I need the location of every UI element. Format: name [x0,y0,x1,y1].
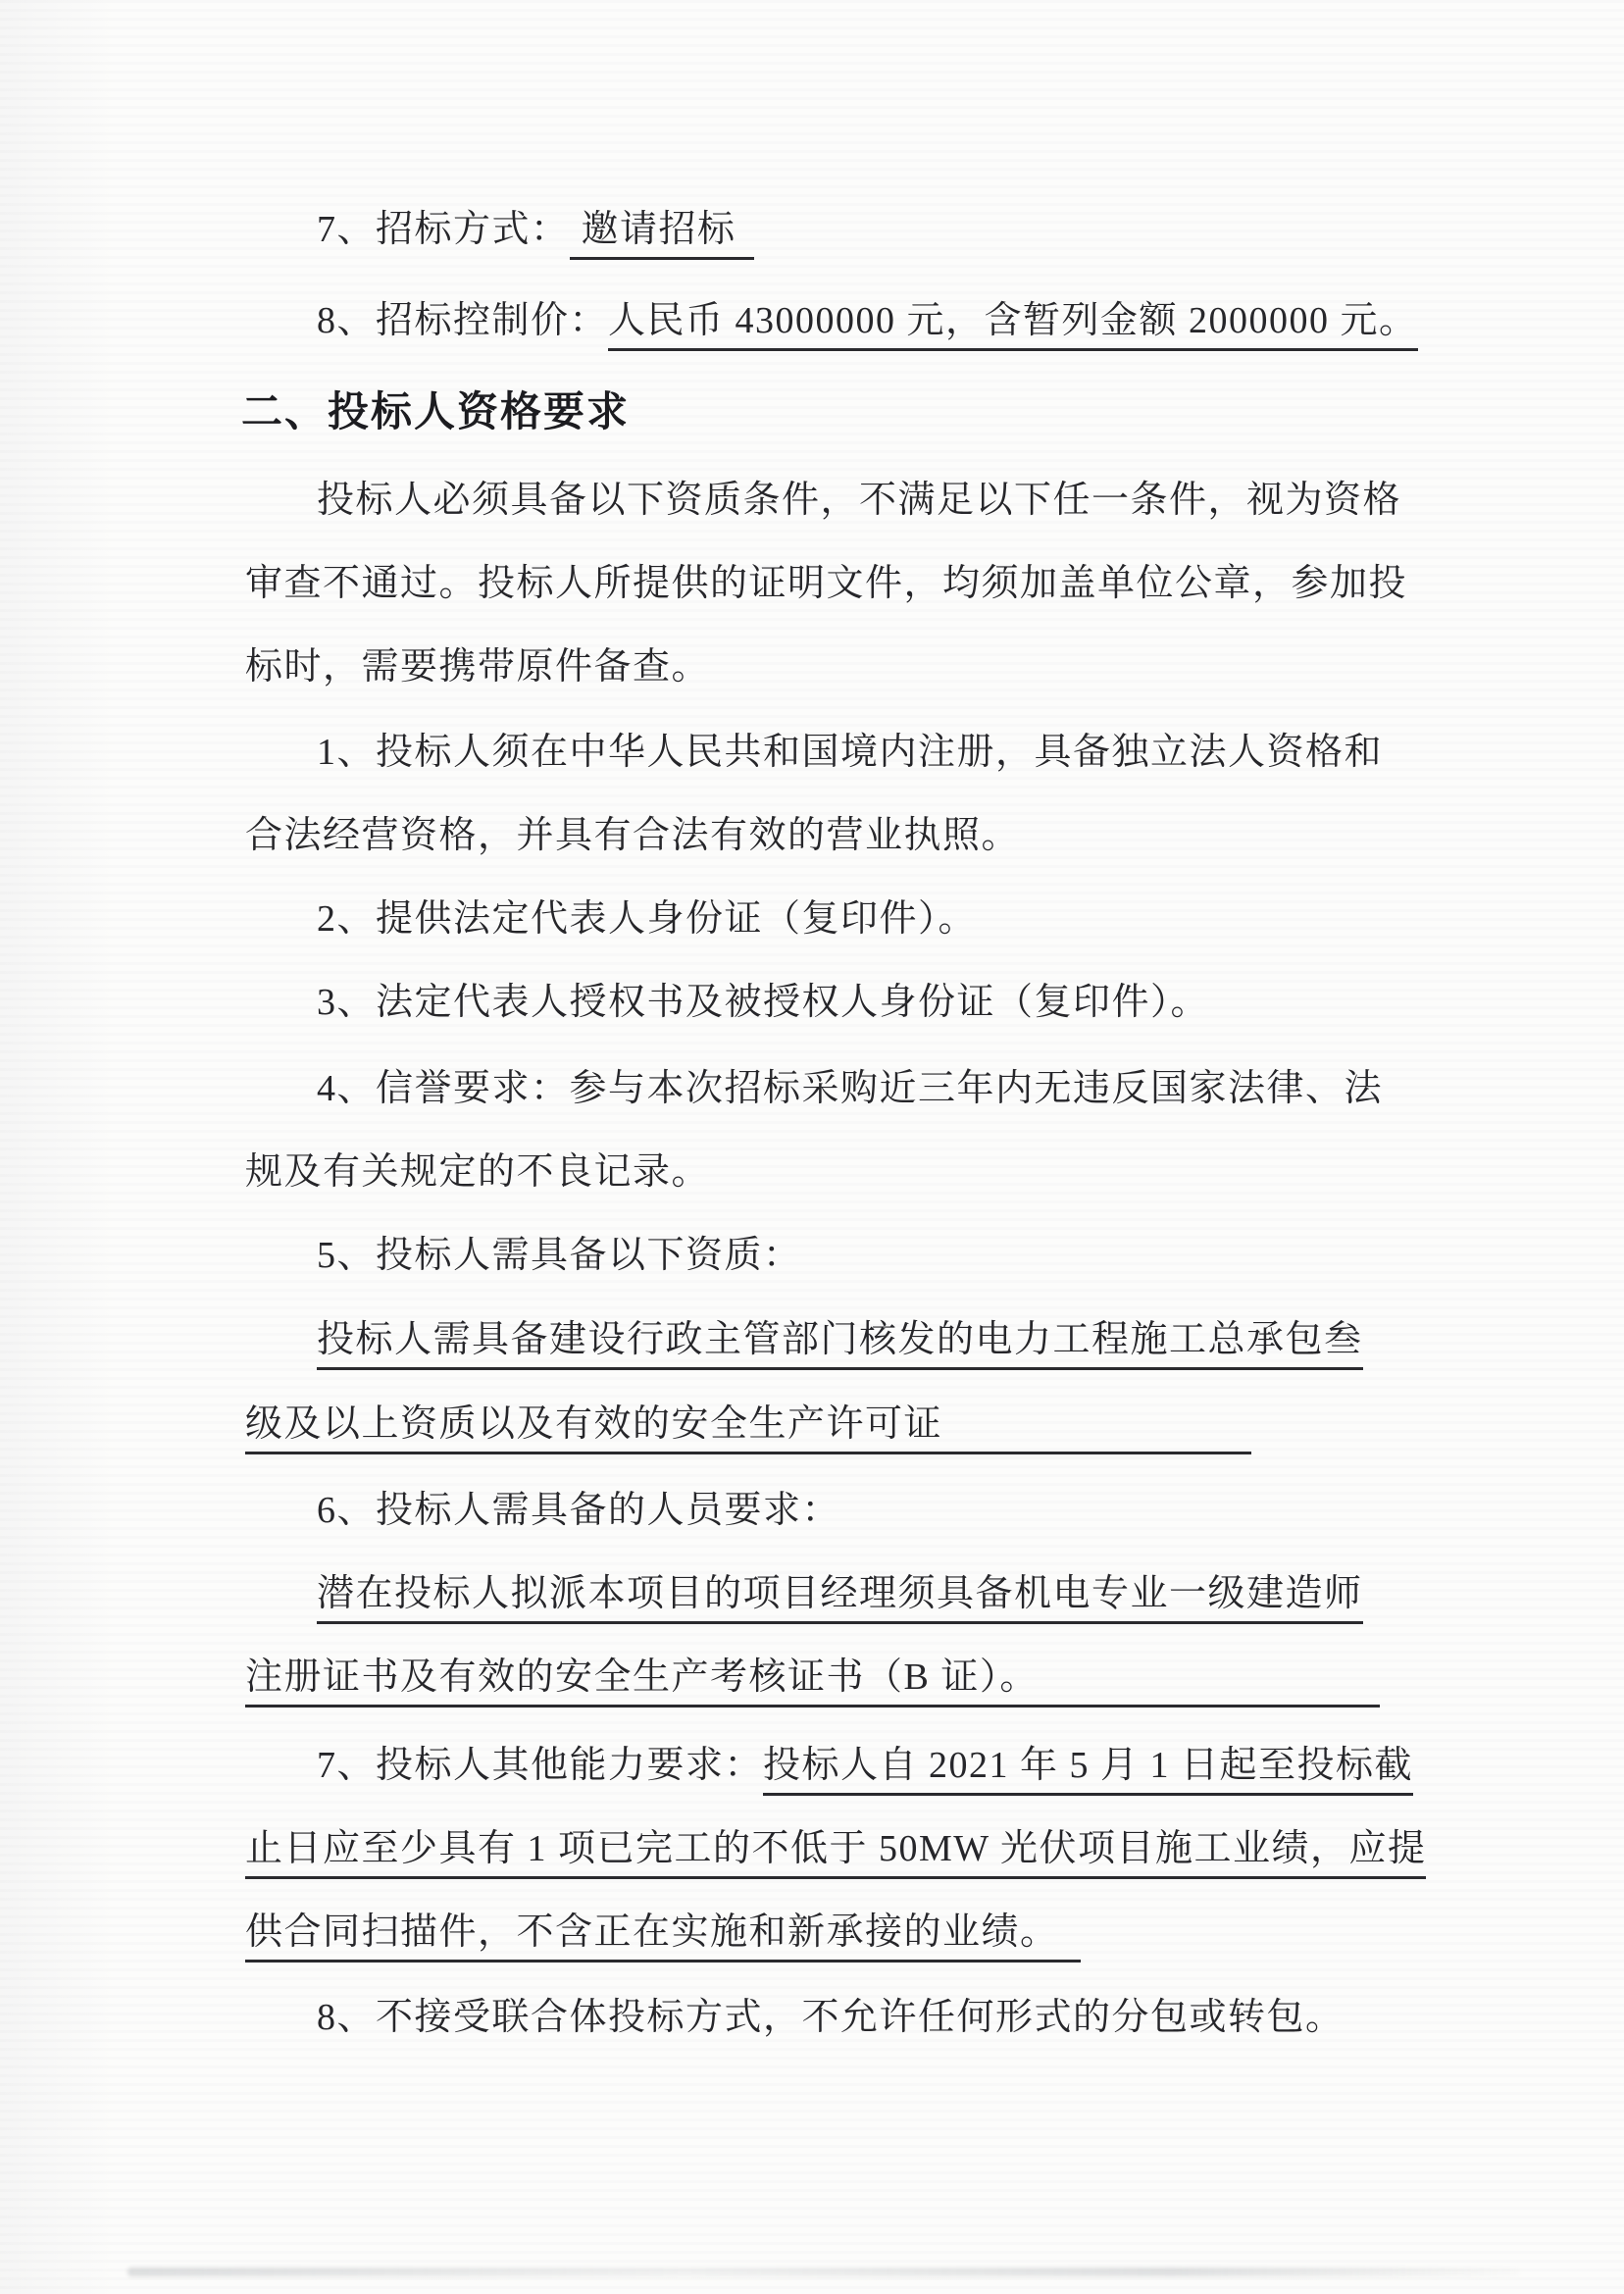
line-text: 2、提供法定代表人身份证（复印件）。 [317,898,977,940]
line-text: 合法经营资格，并具有合法有效的营业执照。 [245,815,1020,856]
line-item-4: 4、信誉要求：参与本次招标采购近三年内无违反国家法律、法 [317,1068,1383,1111]
underlined-qualification-line: 投标人需具备建设行政主管部门核发的电力工程施工总承包叁 [317,1319,1363,1362]
underlined-capability-line: 止日应至少具有 1 项已完工的不低于 50MW 光伏项目施工业绩，应提 [245,1828,1426,1871]
underlined-value: 潜在投标人拟派本项目的项目经理须具备机电专业一级建造师 [317,1573,1363,1624]
line-item-1: 1、投标人须在中华人民共和国境内注册，具备独立法人资格和 [317,732,1383,775]
section-heading-text: 二、投标人资格要求 [241,388,630,434]
underlined-value: 供合同扫描件，不含正在实施和新承接的业绩。 [245,1912,1081,1963]
underlined-value: 邀请招标 [570,209,754,260]
item-label: 8、招标控制价： [317,300,608,341]
item-label: 7、招标方式： [317,209,570,250]
paragraph-line: 标时，需要携带原件备查。 [245,646,710,689]
underlined-value: 止日应至少具有 1 项已完工的不低于 50MW 光伏项目施工业绩，应提 [245,1828,1426,1879]
paragraph-line: 审查不通过。投标人所提供的证明文件，均须加盖单位公章，参加投 [245,563,1407,606]
line-text: 6、投标人需具备的人员要求： [317,1490,840,1531]
document-page: 7、招标方式：邀请招标 8、招标控制价：人民币 43000000 元，含暂列金额… [0,0,1624,2294]
scan-artifact [127,2268,1520,2276]
line-item-7-capability: 7、投标人其他能力要求：投标人自 2021 年 5 月 1 日起至投标截 [317,1745,1413,1788]
line-text: 规及有关规定的不良记录。 [245,1151,710,1193]
underlined-value: 注册证书及有效的安全生产考核证书（B 证）。 [245,1657,1380,1708]
underlined-personnel-line: 注册证书及有效的安全生产考核证书（B 证）。 [245,1657,1380,1700]
underlined-value: 人民币 43000000 元，含暂列金额 2000000 元。 [608,300,1418,351]
line-item-7-tender-method: 7、招标方式：邀请招标 [317,209,754,252]
line-item-8-control-price: 8、招标控制价：人民币 43000000 元，含暂列金额 2000000 元。 [317,300,1418,343]
underlined-value: 投标人自 2021 年 5 月 1 日起至投标截 [763,1745,1413,1796]
underlined-capability-line: 供合同扫描件，不含正在实施和新承接的业绩。 [245,1912,1081,1955]
underlined-qualification-line: 级及以上资质以及有效的安全生产许可证 [245,1403,1251,1447]
line-text: 投标人必须具备以下资质条件，不满足以下任一条件，视为资格 [317,480,1401,521]
paragraph-line: 投标人必须具备以下资质条件，不满足以下任一条件，视为资格 [317,480,1401,523]
line-item-2: 2、提供法定代表人身份证（复印件）。 [317,898,977,942]
line-text: 审查不通过。投标人所提供的证明文件，均须加盖单位公章，参加投 [245,563,1407,604]
item-label: 7、投标人其他能力要求： [317,1745,763,1786]
line-text: 标时，需要携带原件备查。 [245,646,710,688]
section-heading: 二、投标人资格要求 [241,388,630,435]
underlined-personnel-line: 潜在投标人拟派本项目的项目经理须具备机电专业一级建造师 [317,1573,1363,1616]
underlined-value: 投标人需具备建设行政主管部门核发的电力工程施工总承包叁 [317,1319,1363,1370]
paragraph-line: 规及有关规定的不良记录。 [245,1151,710,1195]
line-item-3: 3、法定代表人授权书及被授权人身份证（复印件）。 [317,982,1209,1025]
line-item-6: 6、投标人需具备的人员要求： [317,1490,840,1533]
line-text: 5、投标人需具备以下资质： [317,1235,802,1276]
line-text: 3、法定代表人授权书及被授权人身份证（复印件）。 [317,982,1209,1023]
line-item-5: 5、投标人需具备以下资质： [317,1235,802,1278]
line-text: 1、投标人须在中华人民共和国境内注册，具备独立法人资格和 [317,732,1383,773]
paragraph-line: 合法经营资格，并具有合法有效的营业执照。 [245,815,1020,858]
line-item-8-no-consortium: 8、不接受联合体投标方式，不允许任何形式的分包或转包。 [317,1997,1345,2040]
underlined-value: 级及以上资质以及有效的安全生产许可证 [245,1403,1251,1454]
line-text: 4、信誉要求：参与本次招标采购近三年内无违反国家法律、法 [317,1068,1383,1109]
line-text: 8、不接受联合体投标方式，不允许任何形式的分包或转包。 [317,1997,1345,2038]
